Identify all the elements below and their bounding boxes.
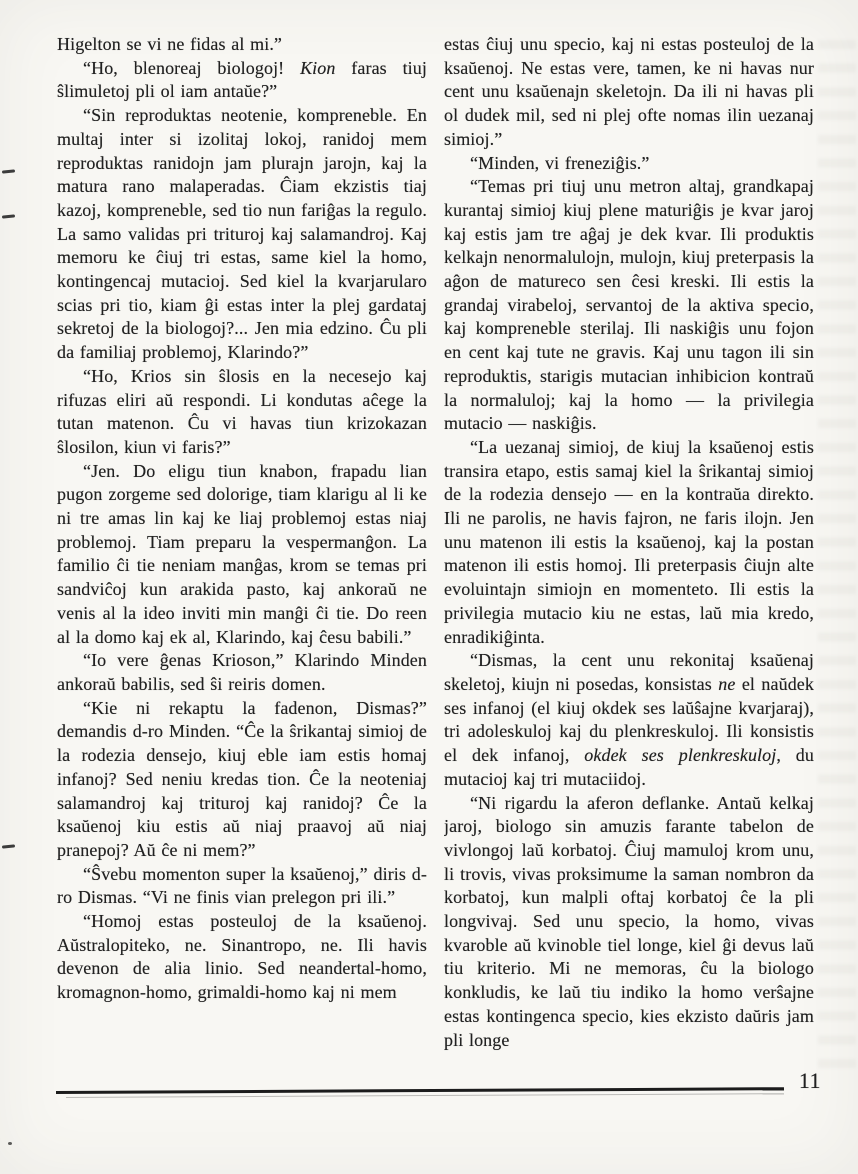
italic-text-segment: Kion (300, 58, 335, 78)
text-segment: “Homoj estas posteuloj de la ksaŭenoj. A… (57, 911, 427, 1002)
paragraph: “Io vere ĝenas Krioson,” Klarindo Minden… (57, 649, 427, 696)
text-segment: estas ĉiuj unu specio, kaj ni estas post… (444, 34, 814, 149)
paragraph: “Ŝvebu momenton super la ksaŭenoj,” diri… (57, 863, 427, 910)
paragraph: “Temas pri tiuj unu metron altaj, grandk… (444, 175, 814, 436)
paragraph: “Kie ni rekaptu la fadenon, Dismas?” dem… (57, 697, 427, 863)
right-text-column: estas ĉiuj unu specio, kaj ni estas post… (444, 33, 814, 1081)
text-segment: “Kie ni rekaptu la fadenon, Dismas?” dem… (57, 698, 427, 860)
paragraph: “Homoj estas posteuloj de la ksaŭenoj. A… (57, 910, 427, 1005)
text-segment: Higelton se vi ne fidas al mi.” (57, 34, 282, 54)
paragraph: “Dismas, la cent unu rekonitaj ksaŭenaj … (444, 649, 814, 791)
italic-text-segment: okdek ses plenkreskuloj (584, 745, 776, 765)
text-segment: “Ni rigardu la aferon deflanke. Antaŭ ke… (444, 793, 814, 1050)
footer-rule (56, 1087, 784, 1094)
margin-mark (2, 844, 15, 848)
paragraph: “La uezanaj simioj, de kiuj la ksaŭenoj … (444, 436, 814, 649)
bleedthrough-texture (818, 40, 856, 1080)
page-number: 11 (799, 1068, 821, 1094)
paragraph: “Ho, blenoreaj biologoj! Kion faras tiuj… (57, 57, 427, 104)
paragraph: Higelton se vi ne fidas al mi.” (57, 33, 427, 57)
text-segment: “Sin reproduktas neotenie, kompreneble. … (57, 105, 427, 362)
paragraph: “Ho, Krios sin ŝlosis en la necesejo kaj… (57, 365, 427, 460)
text-segment: “Ŝvebu momenton super la ksaŭenoj,” diri… (57, 864, 427, 908)
text-segment: “Jen. Do eligu tiun knabon, frapadu lian… (57, 461, 427, 647)
text-segment: “Ho, blenoreaj biologoj! (83, 58, 300, 78)
text-segment: “Ho, Krios sin ŝlosis en la necesejo kaj… (57, 366, 427, 457)
scan-speck (8, 1142, 12, 1145)
paragraph: “Jen. Do eligu tiun knabon, frapadu lian… (57, 460, 427, 650)
text-segment: “Io vere ĝenas Krioson,” Klarindo Minden… (57, 650, 427, 694)
paragraph: “Ni rigardu la aferon deflanke. Antaŭ ke… (444, 792, 814, 1053)
text-segment: “Minden, vi freneziĝis.” (470, 153, 650, 173)
paragraph: “Minden, vi freneziĝis.” (444, 152, 814, 176)
book-page: Higelton se vi ne fidas al mi.”“Ho, blen… (0, 0, 858, 1174)
left-text-column: Higelton se vi ne fidas al mi.”“Ho, blen… (57, 33, 427, 1081)
paragraph: estas ĉiuj unu specio, kaj ni estas post… (444, 33, 814, 152)
margin-mark (2, 214, 15, 218)
italic-text-segment: ne (718, 674, 735, 694)
text-segment: “Temas pri tiuj unu metron altaj, grandk… (444, 176, 814, 433)
text-segment: “La uezanaj simioj, de kiuj la ksaŭenoj … (444, 437, 814, 647)
paragraph: “Sin reproduktas neotenie, kompreneble. … (57, 104, 427, 365)
margin-mark (2, 169, 15, 173)
